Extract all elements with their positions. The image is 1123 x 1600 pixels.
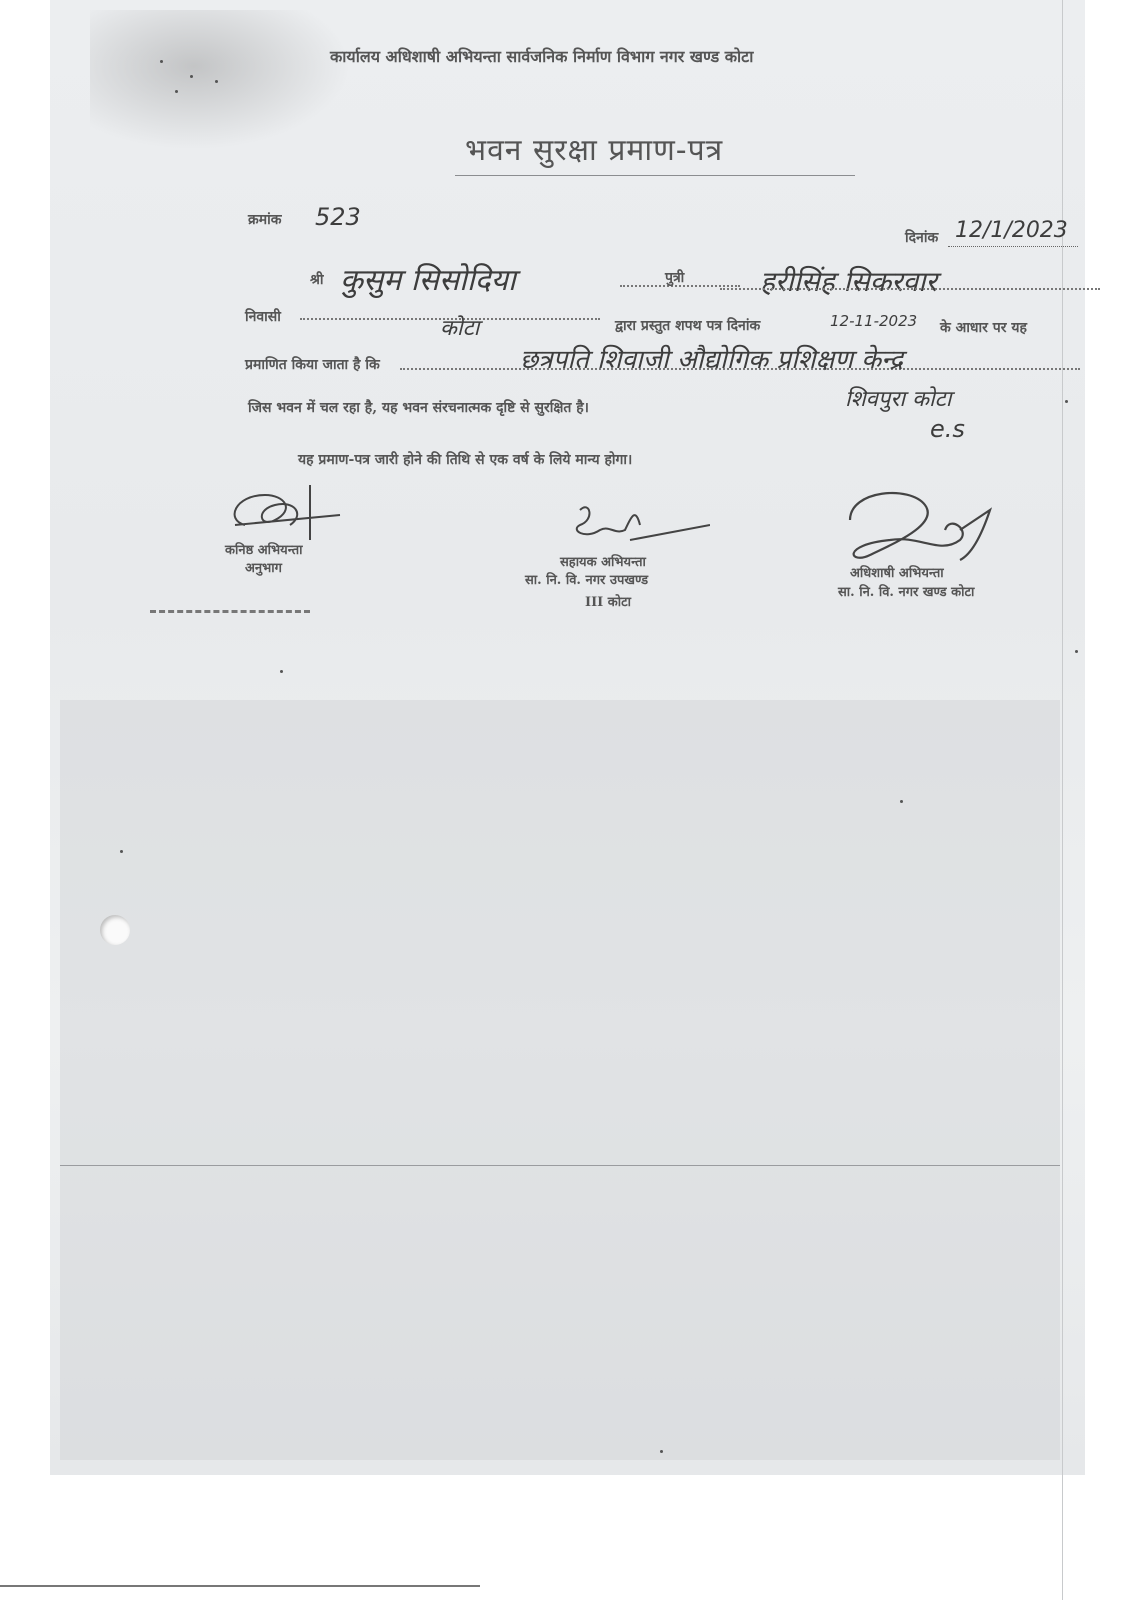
signatory-title: अधिशाषी अभियन्ता	[850, 563, 944, 581]
scan-speck	[900, 800, 903, 803]
scan-speck	[160, 60, 163, 63]
signature-executive-engineer	[830, 485, 1010, 570]
signature-assistant-engineer	[560, 495, 710, 545]
date-label: दिनांक	[905, 228, 938, 247]
issue-date: 12/1/2023	[955, 218, 1068, 243]
signatory-subtitle-2: III कोटा	[585, 592, 631, 610]
reference-label: क्रमांक	[248, 210, 282, 229]
scan-speck	[120, 850, 123, 853]
relation-label: पुत्री	[665, 268, 684, 287]
scribble-mark	[150, 610, 310, 621]
reference-number: 523	[315, 203, 361, 231]
father-name: हरीसिंह सिकरवार	[760, 262, 937, 300]
applicant-name: कुसुम सिसोदिया	[340, 258, 516, 299]
scan-speck	[660, 1450, 663, 1453]
institution-address: शिवपुरा कोटा	[845, 383, 951, 413]
signature-junior-engineer	[215, 480, 345, 540]
signatory-title: सहायक अभियन्ता	[560, 552, 646, 570]
page-bottom-edge	[0, 1585, 480, 1587]
office-header: कार्यालय अधिशाषी अभियन्ता सार्वजनिक निर्…	[330, 45, 753, 67]
scan-shading	[60, 700, 1060, 1460]
title-underline	[455, 175, 855, 176]
signatory-subtitle: सा. नि. वि. नगर उपखण्ड	[525, 570, 648, 588]
scan-speck	[280, 670, 283, 673]
scan-speck	[190, 75, 193, 78]
safety-statement: जिस भवन में चल रहा है, यह भवन संरचनात्मक…	[248, 398, 589, 417]
punch-hole	[100, 915, 130, 945]
certify-label: प्रमाणित किया जाता है कि	[245, 355, 380, 374]
affidavit-date: 12-11-2023	[830, 312, 917, 330]
fill-dots	[720, 288, 1100, 290]
handwritten-initials: e.s	[930, 415, 965, 443]
fold-line	[60, 1165, 1060, 1166]
date-underline	[948, 246, 1078, 247]
scan-speck	[1075, 650, 1078, 653]
resident-label: निवासी	[245, 307, 281, 326]
institution-name: छत्रपति शिवाजी औद्योगिक प्रशिक्षण केन्द्…	[520, 340, 903, 376]
scan-speck	[215, 80, 218, 83]
scan-speck	[1065, 400, 1068, 403]
validity-statement: यह प्रमाण-पत्र जारी होने की तिथि से एक व…	[298, 450, 632, 469]
document-title: भवन सुरक्षा प्रमाण-पत्र	[465, 128, 723, 169]
basis-text: के आधार पर यह	[940, 318, 1027, 337]
signatory-title: कनिष्ठ अभियन्ता	[225, 540, 303, 558]
scan-speck	[175, 90, 178, 93]
prefix-label: श्री	[310, 270, 324, 289]
resident-place: कोटा	[440, 312, 479, 342]
signatory-subtitle: सा. नि. वि. नगर खण्ड कोटा	[838, 582, 974, 600]
scan-smudge	[90, 10, 350, 150]
signatory-subtitle: अनुभाग	[245, 558, 282, 576]
affidavit-text: द्वारा प्रस्तुत शपथ पत्र दिनांक	[615, 316, 760, 335]
